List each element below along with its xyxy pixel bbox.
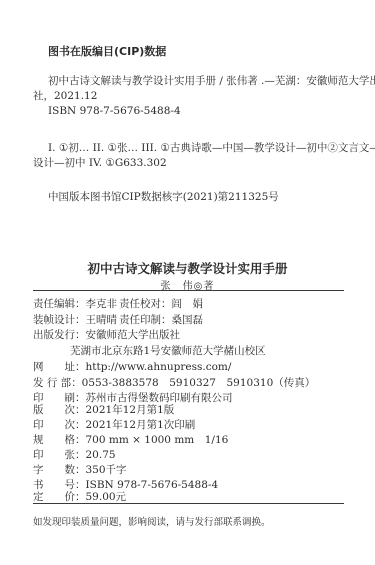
detail-format: 规 格：700 mm × 1000 mm 1/16 (33, 433, 228, 448)
credit-editor: 责任编辑：李克非 (33, 297, 117, 312)
detail-label: 印 次 (33, 418, 75, 433)
detail-website: 网 址：http://www.ahnupress.com/ (33, 360, 231, 375)
cip-isbn: ISBN 978-7-5676-5488-4 (48, 104, 181, 119)
cip-classification: I. ①初… II. ①张… III. ①古典诗歌—中国—教学设计—初中②文言文… (48, 141, 375, 156)
detail-word-count: 字 数：350千字 (33, 463, 127, 478)
detail-label: 网 址 (33, 360, 75, 375)
cip-record-line-cont: 社，2021.12 (33, 89, 97, 104)
detail-label: 印 张 (33, 448, 75, 463)
detail-value: ：350千字 (75, 464, 127, 476)
detail-value: ：20.75 (75, 449, 116, 461)
detail-value: ：2021年12月第1版 (75, 404, 174, 416)
detail-label: 发 行 部 (33, 376, 71, 391)
detail-value: ：700 mm × 1000 mm 1/16 (75, 434, 228, 446)
detail-value: ：59.00元 (75, 491, 126, 503)
credit-printing-manager: 责任印制：桑国磊 (119, 313, 203, 328)
detail-address: 芜湖市北京东路1号安徽师范大学赭山校区 (70, 344, 266, 359)
detail-value: 芜湖市北京东路1号安徽师范大学赭山校区 (70, 345, 266, 357)
quality-notice: 如发现印装质量问题，影响阅读，请与发行部联系调换。 (33, 514, 271, 528)
cip-record-line: 初中古诗文解读与教学设计实用手册 / 张伟著 .—芜湖：安徽师范大学出版 (48, 74, 375, 89)
detail-sales-dept: 发 行 部：0553-3883578 5910327 5910310（传真） (33, 376, 315, 391)
credit-designer: 装帧设计：王晴晴 (33, 313, 117, 328)
detail-value: ：安徽师范大学出版社 (75, 329, 180, 341)
cip-classification-cont: 设计—初中 IV. ①G633.302 (33, 156, 167, 171)
detail-value: ：2021年12月第1次印刷 (75, 419, 195, 431)
detail-sheets: 印 张：20.75 (33, 448, 116, 463)
cip-heading: 图书在版编目(CIP)数据 (48, 43, 166, 59)
detail-label: 版 次 (33, 403, 75, 418)
detail-label: 字 数 (33, 463, 75, 478)
detail-publisher: 出版发行：安徽师范大学出版社 (33, 328, 180, 343)
detail-value: ：0553-3883578 5910327 5910310（传真） (71, 377, 315, 389)
detail-edition: 版 次：2021年12月第1版 (33, 403, 174, 418)
divider-top (33, 290, 344, 291)
divider-bottom (33, 503, 344, 504)
detail-label: 出版发行 (33, 328, 75, 343)
book-title: 初中古诗文解读与教学设计实用手册 (0, 259, 375, 277)
detail-impression: 印 次：2021年12月第1次印刷 (33, 418, 195, 433)
detail-label: 规 格 (33, 433, 75, 448)
cip-number: 中国版本图书馆CIP数据核字(2021)第211325号 (48, 190, 279, 205)
detail-value: ：http://www.ahnupress.com/ (75, 361, 231, 373)
credit-proofreader: 责任校对：闾 娟 (119, 297, 203, 312)
